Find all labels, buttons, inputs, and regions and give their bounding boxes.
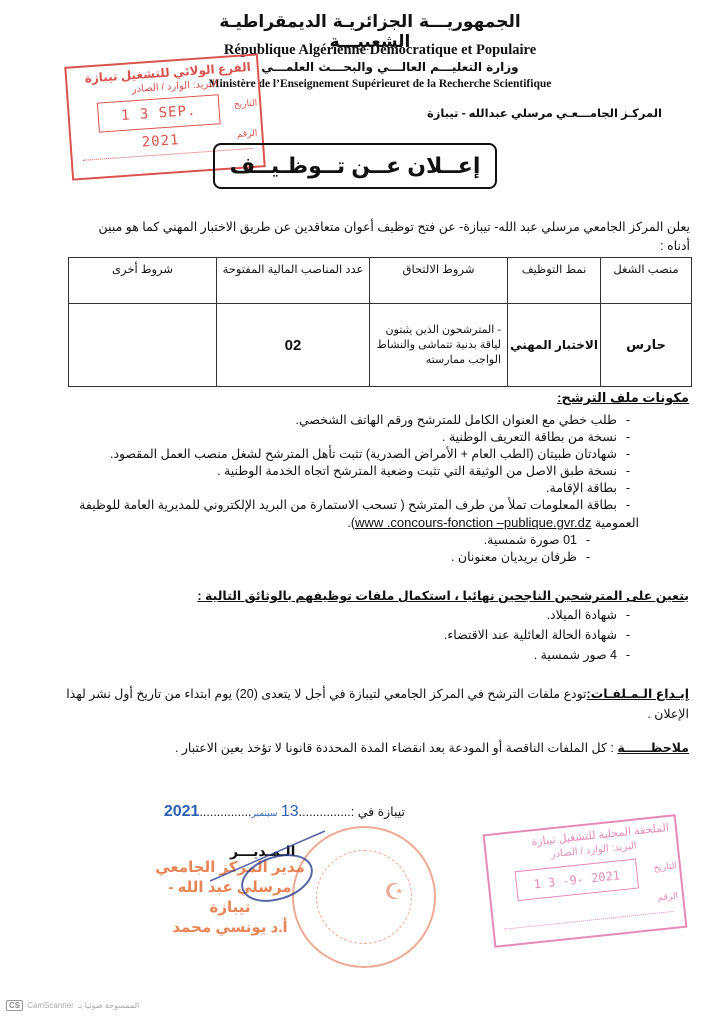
file-components-title: مكونات ملف الترشح:: [49, 390, 689, 406]
table-header-row: منصب الشغل نمط التوظيف شروط الالتحاق عدد…: [69, 258, 692, 304]
camscanner-watermark: CS CamScanner الممسوحة ضوئيا بـ: [6, 1000, 139, 1011]
cell-other: [69, 304, 217, 387]
concours-link[interactable]: www .concours-fonction –publique.gvr.dz: [355, 515, 591, 530]
stamp-date-label: التاريخ: [653, 860, 677, 873]
file-components-list: طلب خطي مع العنوان الكامل للمترشح ورقم ا…: [49, 412, 639, 566]
signature-stroke-icon: [200, 826, 330, 886]
ministry-title-ar: وزارة التعليـــم العالـــي والبحـــث الع…: [230, 60, 550, 74]
signature-date: تيبازة في :...............13 سبتمبر.....…: [105, 803, 405, 821]
col-open-posts: عدد المناصب المالية المفتوحة: [217, 258, 370, 304]
deposit-paragraph: إيـداع الـمـلفـات:تودع ملفات الترشح في ا…: [59, 684, 689, 724]
camscanner-text-ar: الممسوحة ضوئيا بـ: [78, 1001, 139, 1010]
cell-position: حارس: [601, 304, 692, 387]
list-item: طلب خطي مع العنوان الكامل للمترشح ورقم ا…: [49, 412, 639, 429]
signature-month: سبتمبر: [252, 808, 278, 818]
signature-year: 2021: [164, 803, 200, 820]
file-components-section: مكونات ملف الترشح: طلب خطي مع العنوان ال…: [49, 390, 689, 566]
camscanner-text: CamScanner: [27, 1001, 74, 1010]
dots: ...............: [199, 805, 251, 819]
list-item: نسخة من بطاقة التعريف الوطنية .: [49, 429, 639, 446]
stamp-number-label: الرقم: [657, 890, 679, 903]
list-item: شهادة الميلاد.: [49, 605, 639, 625]
announcement-title-text: إعــلان عــن تــوظـيــف: [230, 153, 481, 179]
announcement-title: إعــلان عــن تــوظـيــف: [213, 143, 497, 189]
signature-place: تيبازة في :: [351, 805, 405, 819]
cell-conditions: - المترشحون الذين يثبتون لياقة بدنية تتم…: [370, 304, 508, 387]
list-item: نسخة طبق الاصل من الوثيقة التي تثبت وضعي…: [49, 463, 639, 480]
list-item: بطاقة الإقامة.: [49, 480, 639, 497]
stamp-date: 1 3 SEP. 2021: [97, 94, 221, 132]
table-row: حارس الاختبار المهني - المترشحون الذين ي…: [69, 304, 692, 387]
list-item: شهادة الحالة العائلية عند الاقتضاء.: [49, 625, 639, 645]
cell-count: 02: [217, 304, 370, 387]
signature-day: 13: [281, 803, 299, 820]
stamp-date-label: التاريخ: [234, 98, 258, 111]
successful-docs-list: شهادة الميلاد. شهادة الحالة العائلية عند…: [49, 605, 639, 665]
col-position: منصب الشغل: [601, 258, 692, 304]
note-label: ملاحظــــــة: [617, 741, 689, 755]
camscanner-logo-icon: CS: [6, 1000, 23, 1011]
list-item: 4 صور شمسية .: [49, 645, 639, 665]
stamp-date: 1 3 -9- 2021: [515, 859, 639, 902]
col-other-conditions: شروط أخرى: [69, 258, 217, 304]
star-crescent-icon: ☪: [384, 880, 404, 905]
col-conditions: شروط الالتحاق: [370, 258, 508, 304]
cell-mode: الاختبار المهني: [508, 304, 601, 387]
stamp-number-label: الرقم: [236, 128, 257, 140]
note-paragraph: ملاحظــــــة : كل الملفات الناقصة أو الم…: [59, 738, 689, 758]
university-center-name: المركـز الجامـــعـي مرسلي عبدالله - تيبا…: [427, 106, 662, 120]
list-item: 01 صورة شمسية.: [49, 532, 599, 549]
successful-candidates-section: يتعين على المترشحين الناجحين نهائيا ، اس…: [49, 588, 689, 665]
intro-paragraph: يعلن المركز الجامعي مرسلي عبد الله- تيبا…: [90, 218, 690, 256]
col-recruitment-mode: نمط التوظيف: [508, 258, 601, 304]
reception-stamp-bottom: الملحقة المحلية للتشغيل تيبازة البريد: ا…: [483, 814, 688, 948]
dots: ...............: [299, 805, 351, 819]
list-item: ظرفان بريديان معنونان .: [49, 549, 599, 566]
note-text: : كل الملفات الناقصة أو المودعة بعد انقض…: [175, 741, 614, 755]
link-suffix: ).: [347, 516, 355, 530]
list-item: شهادتان طبيتان (الطب العام + الأمراض الص…: [49, 446, 639, 463]
deposit-label: إيـداع الـمـلفـات:: [587, 687, 689, 701]
stamp-dotted-line: [505, 911, 674, 930]
positions-table: منصب الشغل نمط التوظيف شروط الالتحاق عدد…: [68, 257, 692, 387]
successful-title: يتعين على المترشحين الناجحين نهائيا ، اس…: [49, 588, 689, 603]
stamp-line: أ.د يونسي محمد: [150, 918, 310, 938]
list-item: بطاقة المعلومات تملأ من طرف المترشح ( تس…: [49, 497, 639, 532]
